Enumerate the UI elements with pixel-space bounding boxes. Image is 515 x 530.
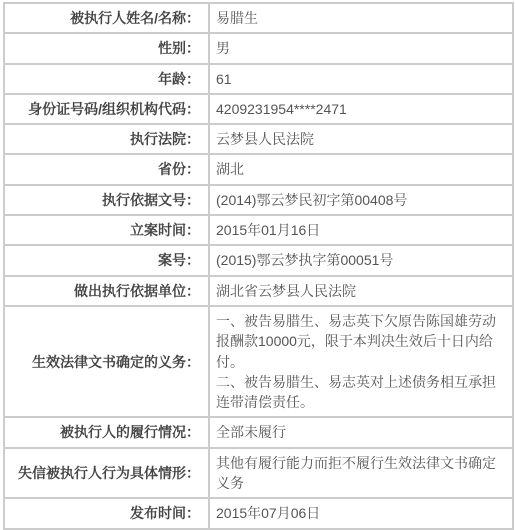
row-basis-doc-number: 执行依据文号： (2014)鄂云梦民初字第00408号 <box>4 185 513 215</box>
row-case-number: 案号： (2015)鄂云梦执字第00051号 <box>4 245 513 275</box>
field-label-basis-issuing-unit: 做出执行依据单位： <box>4 276 209 306</box>
field-label-enforcement-court: 执行法院： <box>4 124 209 154</box>
field-label-age: 年龄： <box>4 64 209 94</box>
field-label-basis-doc-number: 执行依据文号： <box>4 185 209 215</box>
debtor-info-table: 被执行人姓名/名称： 易腊生 性别： 男 年龄： 61 身份证号码/组织机构代码… <box>3 2 514 530</box>
field-value-legal-obligation: 一、被告易腊生、易志英下欠原告陈国雄劳动报酬款10000元，限于本判决生效后十日… <box>209 306 513 417</box>
row-performance-status: 被执行人的履行情况： 全部未履行 <box>4 417 513 447</box>
row-debtor-name: 被执行人姓名/名称： 易腊生 <box>4 3 513 33</box>
field-value-age: 61 <box>209 64 513 94</box>
field-label-gender: 性别： <box>4 33 209 63</box>
field-value-basis-doc-number: (2014)鄂云梦民初字第00408号 <box>209 185 513 215</box>
field-value-publish-date: 2015年07月06日 <box>209 498 513 528</box>
row-age: 年龄： 61 <box>4 64 513 94</box>
field-value-case-number: (2015)鄂云梦执字第00051号 <box>209 245 513 275</box>
field-value-performance-status: 全部未履行 <box>209 417 513 447</box>
field-value-enforcement-court: 云梦县人民法院 <box>209 124 513 154</box>
field-value-basis-issuing-unit: 湖北省云梦县人民法院 <box>209 276 513 306</box>
field-value-province: 湖北 <box>209 154 513 184</box>
field-label-province: 省份： <box>4 154 209 184</box>
row-id-number: 身份证号码/组织机构代码： 4209231954****2471 <box>4 94 513 124</box>
row-gender: 性别： 男 <box>4 33 513 63</box>
field-label-dishonest-conduct: 失信被执行人行为具体情形： <box>4 448 209 499</box>
field-label-case-number: 案号： <box>4 245 209 275</box>
field-label-publish-date: 发布时间： <box>4 498 209 528</box>
row-dishonest-conduct: 失信被执行人行为具体情形： 其他有履行能力而拒不履行生效法律文书确定义务 <box>4 448 513 499</box>
row-publish-date: 发布时间： 2015年07月06日 <box>4 498 513 528</box>
row-legal-obligation: 生效法律文书确定的义务： 一、被告易腊生、易志英下欠原告陈国雄劳动报酬款1000… <box>4 306 513 417</box>
field-label-id-number: 身份证号码/组织机构代码： <box>4 94 209 124</box>
field-value-filing-date: 2015年01月16日 <box>209 215 513 245</box>
field-label-legal-obligation: 生效法律文书确定的义务： <box>4 306 209 417</box>
field-label-filing-date: 立案时间： <box>4 215 209 245</box>
page: 被执行人姓名/名称： 易腊生 性别： 男 年龄： 61 身份证号码/组织机构代码… <box>0 0 515 512</box>
row-basis-issuing-unit: 做出执行依据单位： 湖北省云梦县人民法院 <box>4 276 513 306</box>
row-enforcement-court: 执行法院： 云梦县人民法院 <box>4 124 513 154</box>
field-value-debtor-name: 易腊生 <box>209 3 513 33</box>
field-value-gender: 男 <box>209 33 513 63</box>
row-filing-date: 立案时间： 2015年01月16日 <box>4 215 513 245</box>
row-province: 省份： 湖北 <box>4 154 513 184</box>
field-value-id-number: 4209231954****2471 <box>209 94 513 124</box>
field-value-dishonest-conduct: 其他有履行能力而拒不履行生效法律文书确定义务 <box>209 448 513 499</box>
field-label-debtor-name: 被执行人姓名/名称： <box>4 3 209 33</box>
field-label-performance-status: 被执行人的履行情况： <box>4 417 209 447</box>
